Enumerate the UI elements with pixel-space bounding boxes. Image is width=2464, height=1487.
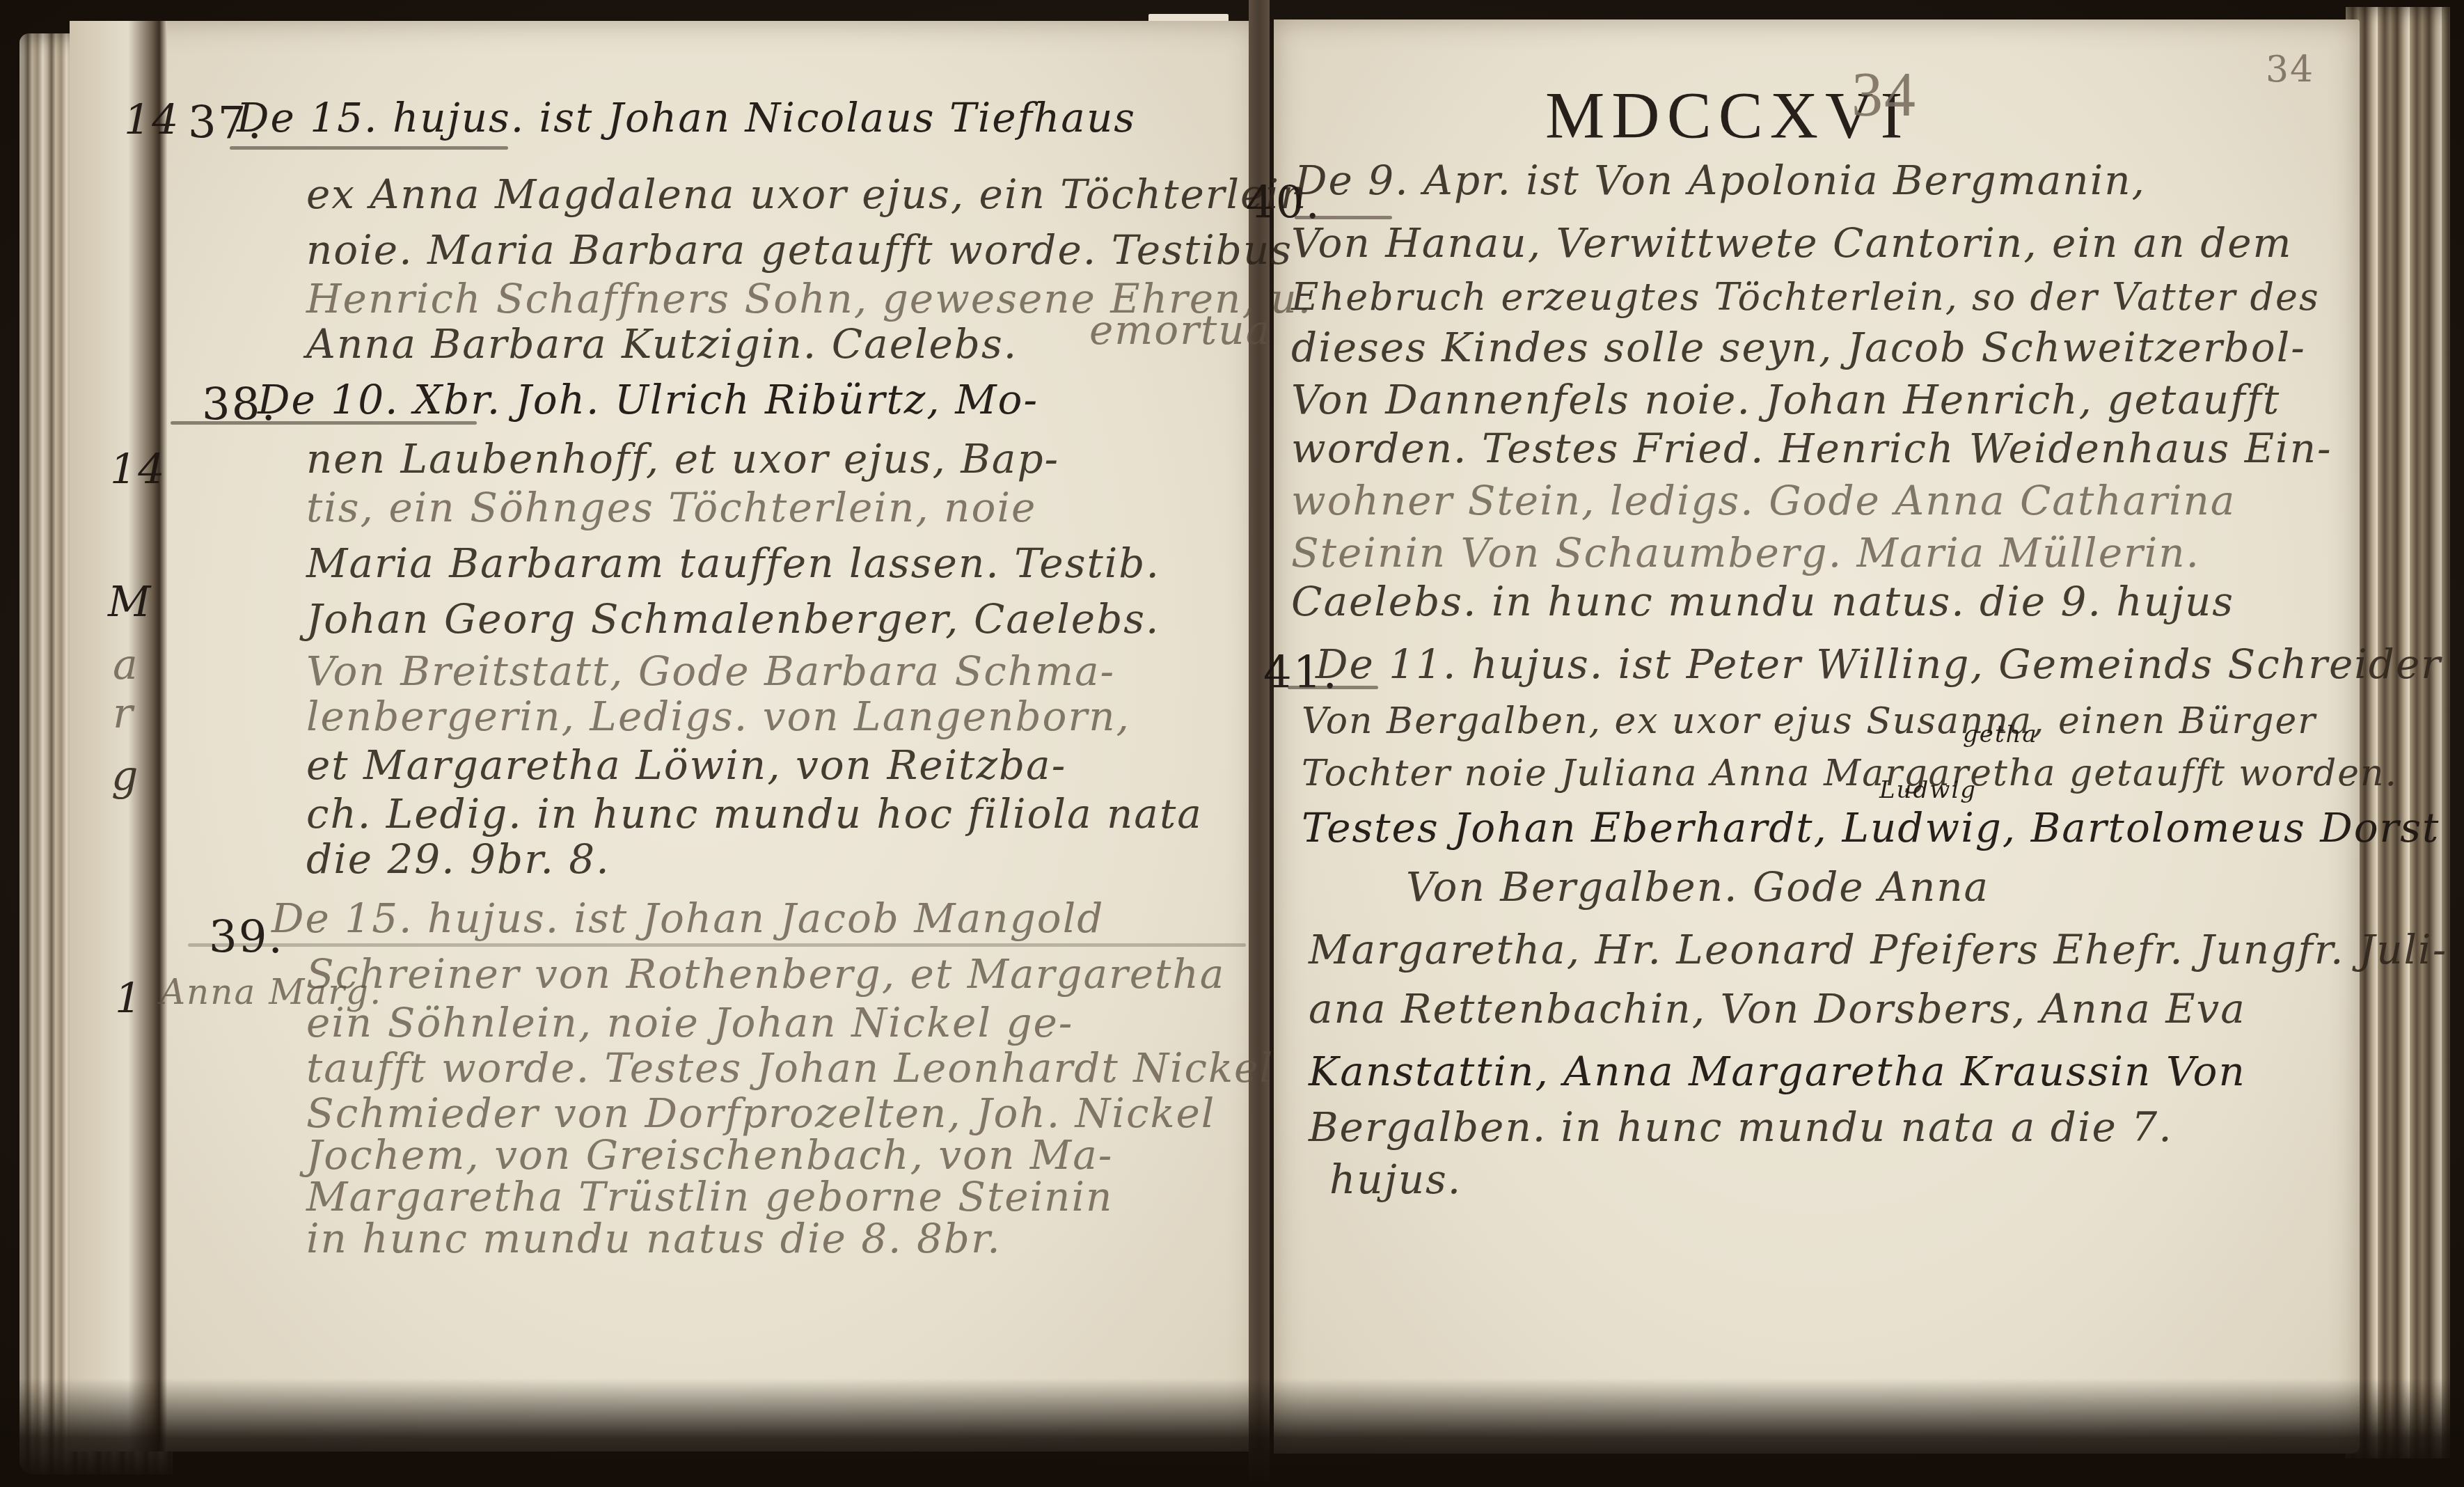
entry-line: Johan Georg Schmalenberger, Caelebs. (306, 599, 1160, 639)
entry-line: Tochter noie Juliana Anna Margaretha get… (1302, 755, 2398, 792)
entry-line: Testes Johan Eberhardt, Ludwig, Bartolom… (1302, 808, 2440, 848)
entry-line: Schreiner von Rothenberg, et Margaretha (306, 954, 1225, 994)
entry-line: Maria Barbaram tauffen lassen. Testib. (306, 543, 1160, 583)
margin-note: g (111, 752, 139, 801)
entry-line: taufft worde. Testes Johan Leonhardt Nic… (306, 1048, 1274, 1088)
entry-line: Von Bergalben. Gode Anna (1406, 867, 1989, 907)
entry-line: Schmieder von Dorfprozelten, Joh. Nickel (306, 1093, 1215, 1133)
margin-note: r (113, 689, 134, 738)
right-page-stack (2346, 7, 2450, 1458)
entry-line: wohner Stein, ledigs. Gode Anna Catharin… (1291, 480, 2236, 521)
entry-line: Von Dannenfels noie. Johan Henrich, geta… (1291, 379, 2280, 420)
entry-line: Margaretha Trüstlin geborne Steinin (306, 1177, 1113, 1217)
entry-line: Ehebruch erzeugtes Töchterlein, so der V… (1291, 278, 2320, 316)
margin-note: M (108, 578, 152, 627)
entry-line: De 11. hujus. ist Peter Willing, Gemeind… (1316, 644, 2442, 684)
entry-line: nen Laubenhoff, et uxor ejus, Bap- (306, 439, 1059, 479)
entry-line: worden. Testes Fried. Henrich Weidenhaus… (1291, 428, 2332, 469)
entry-line: Steinin Von Schaumberg. Maria Müllerin. (1291, 533, 2200, 573)
entry-line: De 10. Xbr. Joh. Ulrich Ribürtz, Mo- (258, 379, 1038, 420)
entry-line: Bergalben. in hunc mundu nata a die 7. (1309, 1107, 2173, 1147)
entry-line: Anna Barbara Kutzigin. Caelebs. (306, 324, 1018, 364)
entry-line: noie. Maria Barbara getaufft worde. Test… (306, 230, 1293, 270)
underline (230, 146, 508, 150)
entry-line: Margaretha, Hr. Leonard Pfeifers Ehefr. … (1309, 929, 2447, 970)
interlinear-insertion: Ludwig (1879, 776, 1977, 804)
entry-line: hujus. (1329, 1159, 1462, 1199)
margin-note: Anna Marg. (160, 975, 382, 1009)
entry-line: in hunc mundu natus die 8. 8br. (306, 1218, 1002, 1259)
margin-note: a (113, 640, 139, 689)
margin-note: 1 (115, 975, 143, 1023)
entry-line: De 9. Apr. ist Von Apolonia Bergmanin, (1295, 160, 2146, 200)
entry-line: ex Anna Magdalena uxor ejus, ein Töchter… (306, 174, 1307, 214)
entry-line: ein Söhnlein, noie Johan Nickel ge- (306, 1002, 1073, 1043)
margin-note: 14 (110, 446, 166, 494)
entry-line: Kanstattin, Anna Margaretha Kraussin Von (1309, 1051, 2246, 1092)
interlinear-insertion: getha (1963, 721, 2038, 748)
entry-line: tis, ein Söhnges Töchterlein, noie (306, 487, 1036, 528)
entry-annotation: emortua (1089, 310, 1271, 350)
folio-number-pencil: 34 (1851, 59, 1917, 131)
entry-line: ana Rettenbachin, Von Dorsbers, Anna Eva (1309, 989, 2246, 1029)
underline (188, 943, 1246, 947)
entry-line: dieses Kindes solle seyn, Jacob Schweitz… (1291, 327, 2306, 368)
manuscript-photo: 14 14 M a r g 1 37. De 15. hujus. ist Jo… (0, 0, 2464, 1487)
entry-line: et Margaretha Löwin, von Reitzba- (306, 745, 1066, 785)
entry-line: Von Hanau, Verwittwete Cantorin, ein an … (1291, 223, 2293, 263)
entry-line: ch. Ledig. in hunc mundu hoc filiola nat… (306, 794, 1203, 834)
bottom-edge-shadow (0, 1378, 2464, 1487)
entry-line: Von Bergalben, ex uxor ejus Susanna, ein… (1302, 703, 2316, 739)
folio-number-small: 34 (2266, 49, 2314, 91)
entry-line: Jochem, von Greischenbach, von Ma- (306, 1135, 1113, 1175)
entry-line: die 29. 9br. 8. (306, 839, 610, 879)
entry-line: Von Breitstatt, Gode Barbara Schma- (306, 651, 1115, 691)
entry-line: De 15. hujus. ist Johan Jacob Mangold (271, 898, 1104, 938)
entry-line: Caelebs. in hunc mundu natus. die 9. huj… (1291, 581, 2234, 622)
margin-note: 14 (124, 96, 180, 145)
entry-line: lenbergerin, Ledigs. von Langenborn, (306, 696, 1130, 737)
entry-line: De 15. hujus. ist Johan Nicolaus Tiefhau… (237, 97, 1136, 138)
